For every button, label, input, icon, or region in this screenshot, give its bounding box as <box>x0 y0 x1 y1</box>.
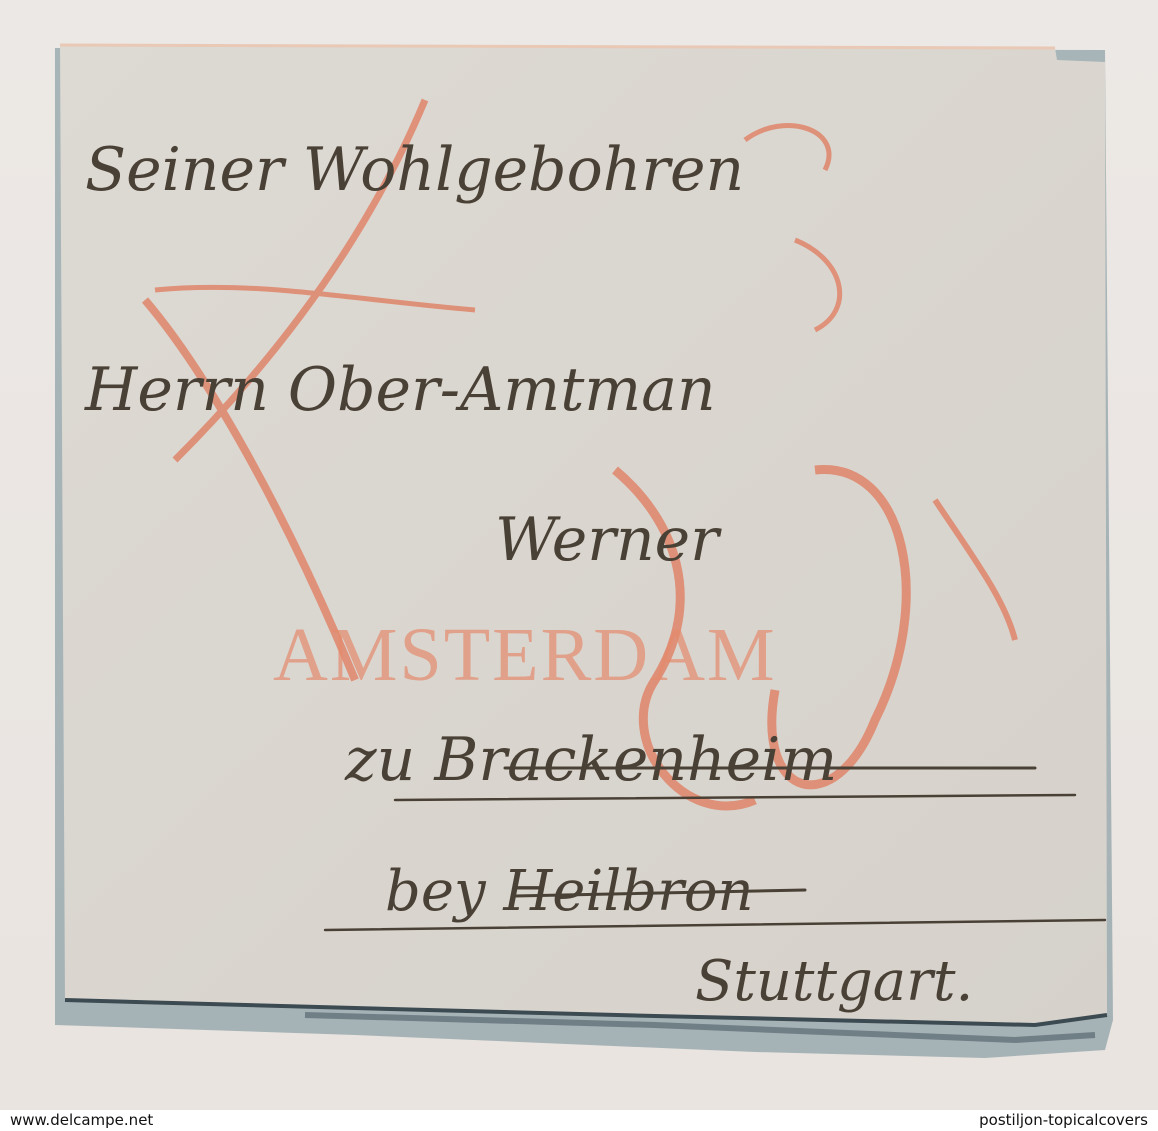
watermark-footer: www.delcampe.net postiljon-topicalcovers <box>0 1110 1158 1131</box>
seller-name: postiljon-topicalcovers <box>979 1110 1148 1131</box>
amsterdam-postmark-text: AMSTERDAM <box>273 613 777 697</box>
svg-text:zu Brackenheim: zu Brackenheim <box>344 725 837 795</box>
postal-cover: AMSTERDAM Seiner Wohlgebohren Herrn Ober… <box>55 40 1113 1065</box>
svg-text:Seiner Wohlgebohren: Seiner Wohlgebohren <box>85 135 744 205</box>
svg-text:Stuttgart.: Stuttgart. <box>695 949 973 1014</box>
svg-text:Werner: Werner <box>495 505 722 575</box>
cover-illustration: AMSTERDAM Seiner Wohlgebohren Herrn Ober… <box>55 40 1113 1065</box>
delcampe-link[interactable]: www.delcampe.net <box>10 1110 153 1131</box>
svg-text:Herrn Ober-Amtman: Herrn Ober-Amtman <box>84 355 716 425</box>
